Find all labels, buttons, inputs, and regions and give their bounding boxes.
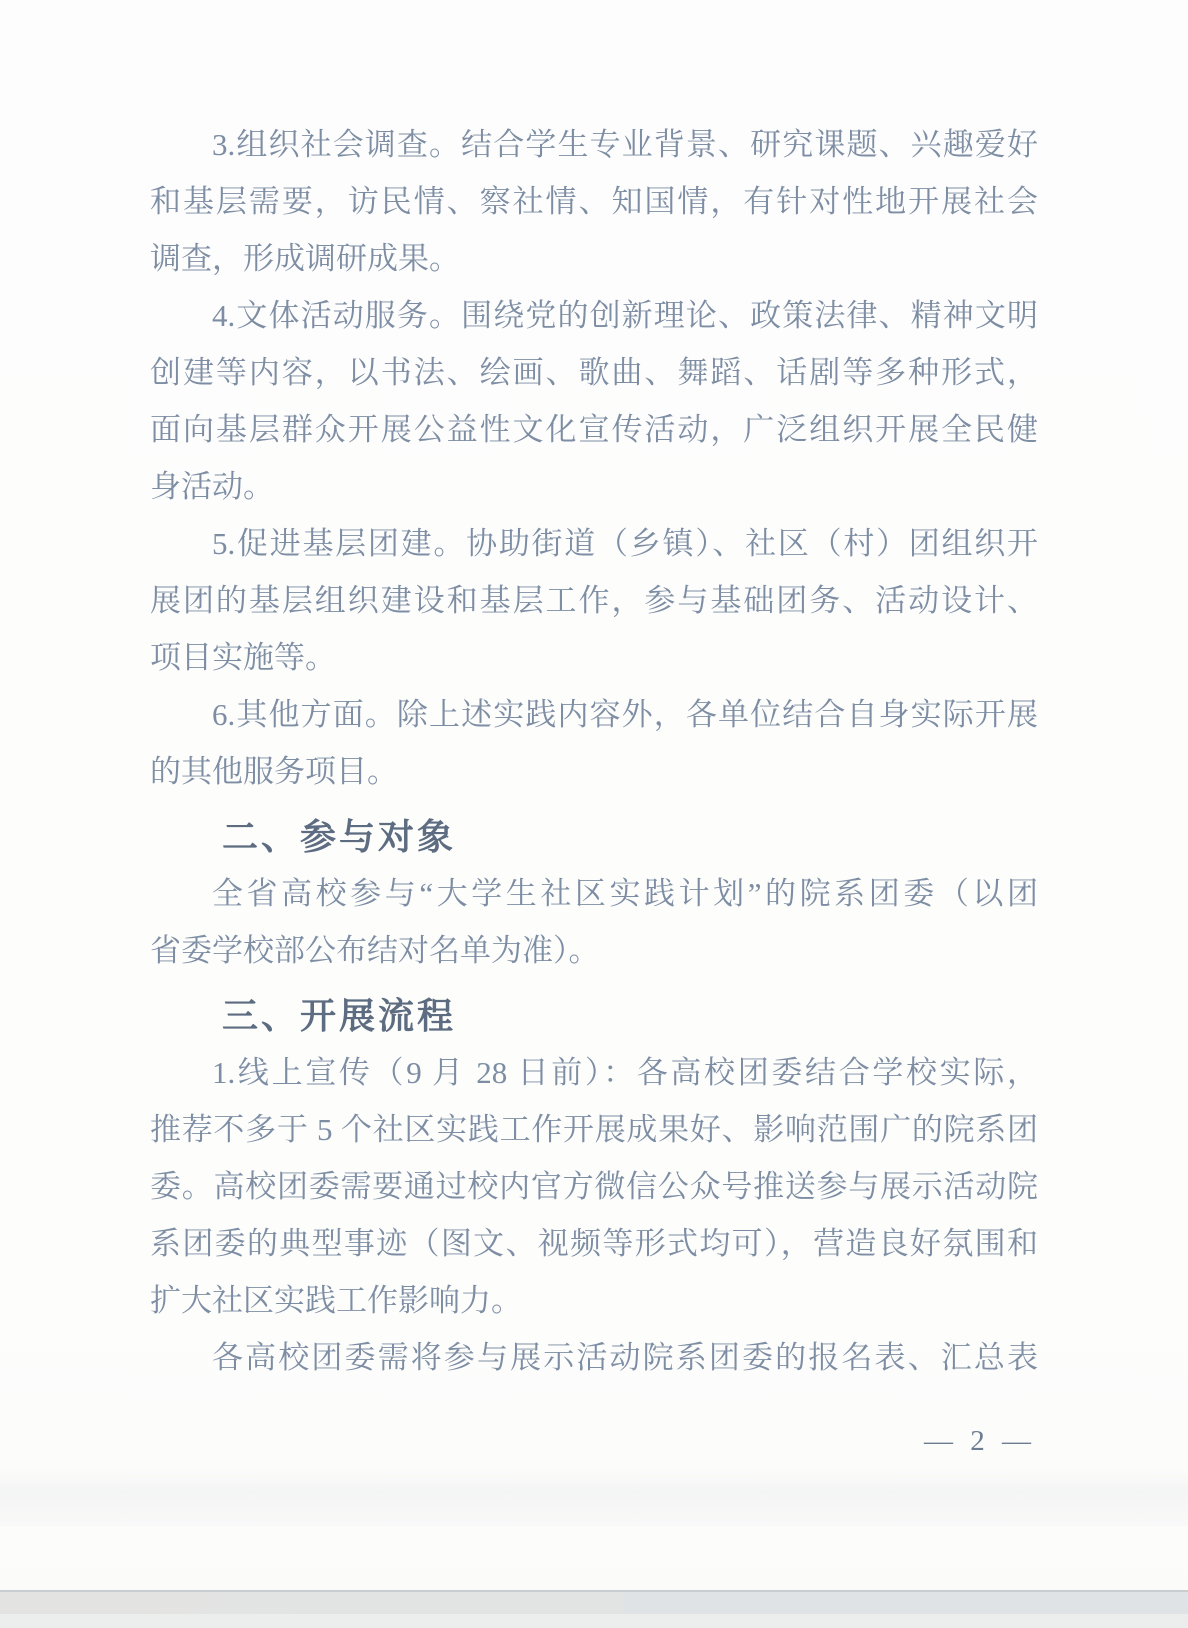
body-text-line: 6.其他方面。除上述实践内容外，各单位结合自身实际开展 — [150, 686, 1038, 743]
body-text-line: 项目实施等。 — [150, 629, 1038, 686]
body-text-line: 委。高校团委需要通过校内官方微信公众号推送参与展示活动院 — [150, 1158, 1038, 1215]
body-text-line: 5.促进基层团建。协助街道（乡镇）、社区（村）团组织开 — [150, 515, 1038, 572]
body-text-line: 身活动。 — [150, 458, 1038, 515]
scan-edge-bar — [0, 1590, 1188, 1614]
body-text-line: 4.文体活动服务。围绕党的创新理论、政策法律、精神文明 — [150, 287, 1038, 344]
body-text-line: 扩大社区实践工作影响力。 — [150, 1272, 1038, 1329]
body-text-line: 和基层需要，访民情、察社情、知国情，有针对性地开展社会 — [150, 173, 1038, 230]
body-text-line: 调查，形成调研成果。 — [150, 230, 1038, 287]
body-text-line: 1.线上宣传（9 月 28 日前）：各高校团委结合学校实际， — [150, 1044, 1038, 1101]
body-text-line: 各高校团委需将参与展示活动院系团委的报名表、汇总表 — [150, 1329, 1038, 1386]
body-text-line: 面向基层群众开展公益性文化宣传活动，广泛组织开展全民健 — [150, 401, 1038, 458]
body-text-line: 全省高校参与“大学生社区实践计划”的院系团委（以团 — [150, 865, 1038, 922]
page-number: — 2 — — [150, 1426, 1038, 1456]
section-heading-participants: 二、参与对象 — [150, 808, 1038, 865]
body-text-line: 创建等内容，以书法、绘画、歌曲、舞蹈、话剧等多种形式， — [150, 344, 1038, 401]
body-text-line: 展团的基层组织建设和基层工作，参与基础团务、活动设计、 — [150, 572, 1038, 629]
document-body: 3.组织社会调查。结合学生专业背景、研究课题、兴趣爱好 和基层需要，访民情、察社… — [150, 116, 1038, 1456]
body-text-line: 系团委的典型事迹（图文、视频等形式均可），营造良好氛围和 — [150, 1215, 1038, 1272]
scan-edge-strip — [0, 1614, 1188, 1628]
scan-artifact-band — [0, 1468, 1188, 1526]
document-page: 3.组织社会调查。结合学生专业背景、研究课题、兴趣爱好 和基层需要，访民情、察社… — [0, 0, 1188, 1628]
body-text-line: 省委学校部公布结对名单为准）。 — [150, 922, 1038, 979]
section-heading-process: 三、开展流程 — [150, 987, 1038, 1044]
body-text-line: 推荐不多于 5 个社区实践工作开展成果好、影响范围广的院系团 — [150, 1101, 1038, 1158]
body-text-line: 3.组织社会调查。结合学生专业背景、研究课题、兴趣爱好 — [150, 116, 1038, 173]
body-text-line: 的其他服务项目。 — [150, 743, 1038, 800]
